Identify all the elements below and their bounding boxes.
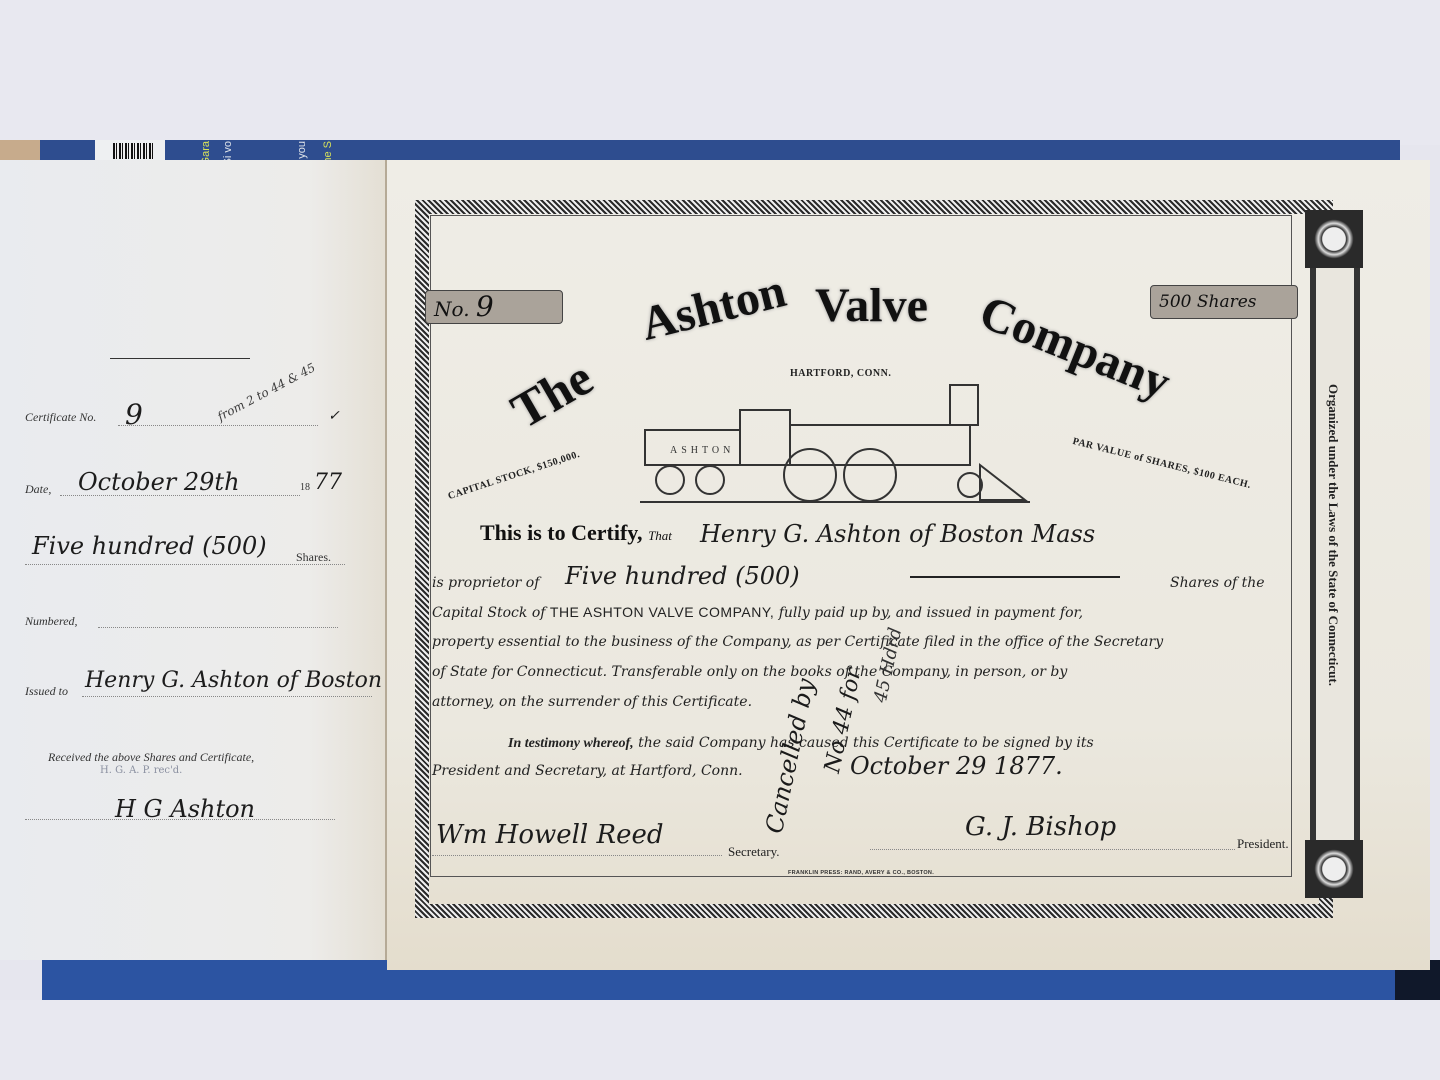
backdrop-top: [0, 0, 1440, 145]
president-signature: G. J. Bishop: [965, 812, 1116, 842]
secretary-signature: Wm Howell Reed: [436, 820, 664, 850]
holder-name: Henry G. Ashton of Boston Mass: [700, 520, 1095, 548]
stub-divider: [110, 358, 250, 359]
shares-line: [25, 563, 345, 565]
body-line-5: of State for Connecticut. Transferable o…: [432, 664, 1067, 680]
received-note: H. G. A. P. rec'd.: [100, 765, 182, 776]
date-year-suffix: 77: [314, 470, 342, 495]
title-word-valve: Valve: [815, 278, 928, 333]
numbered-label: Numbered,: [25, 614, 78, 629]
stub-shares-value: Five hundred (500): [32, 532, 267, 560]
svg-text:ASHTON: ASHTON: [670, 445, 734, 456]
corner-rosette-bottom: [1305, 840, 1363, 898]
location-text: HARTFORD, CONN.: [790, 368, 891, 379]
shares-of-the: Shares of the: [1170, 575, 1265, 591]
signature-line: [25, 818, 335, 820]
issued-to-value: Henry G. Ashton of Boston: [85, 668, 382, 693]
corner-rosette-top: [1305, 210, 1363, 268]
secretary-label: Secretary.: [728, 844, 780, 860]
number-label: No.: [434, 297, 470, 321]
president-label: President.: [1237, 836, 1289, 852]
checkmark: ✓: [328, 408, 340, 424]
organized-under-laws-text: Organized under the Laws of the State of…: [1317, 300, 1341, 770]
printer-imprint: FRANKLIN PRESS: RAND, AVERY & CO., BOSTO…: [788, 870, 934, 876]
barcode-bars: [113, 143, 153, 159]
date-value: October 29th: [78, 468, 240, 496]
certificate-no-line: [118, 424, 318, 426]
issued-to-label: Issued to: [25, 684, 68, 699]
numbered-line: [98, 626, 338, 628]
number-value: 9: [476, 290, 494, 323]
issued-to-line: [82, 695, 372, 697]
body-line-4: property essential to the business of th…: [432, 634, 1163, 650]
certificate-number-box: No. 9: [425, 290, 563, 324]
date-label: Date,: [25, 482, 51, 497]
signed-date: October 29 1877.: [850, 752, 1063, 780]
blank-rule: [910, 576, 1120, 578]
body-line-3: Capital Stock of THE ASHTON VALVE COMPAN…: [432, 604, 1083, 621]
shares-box: 500 Shares: [1150, 285, 1298, 319]
date-year-prefix: 18: [300, 482, 310, 493]
signed-at-line: President and Secretary, at Hartford, Co…: [432, 763, 743, 779]
proprietor-label: is proprietor of: [432, 575, 539, 591]
president-line: [870, 848, 1235, 850]
barcode: [95, 140, 165, 162]
body-line-6: attorney, on the surrender of this Certi…: [432, 694, 752, 710]
locomotive-illustration: ASHTON: [640, 380, 1030, 510]
blue-paper-strip: [40, 140, 1400, 160]
certificate-no-value: 9: [125, 398, 143, 431]
backdrop-bottom: [0, 1000, 1440, 1080]
received-label: Received the above Shares and Certificat…: [48, 750, 254, 765]
certificate-no-label: Certificate No.: [25, 410, 96, 425]
secretary-line: [432, 854, 722, 856]
certify-heading: This is to Certify, That: [480, 520, 672, 546]
shares-written: Five hundred (500): [565, 562, 800, 590]
